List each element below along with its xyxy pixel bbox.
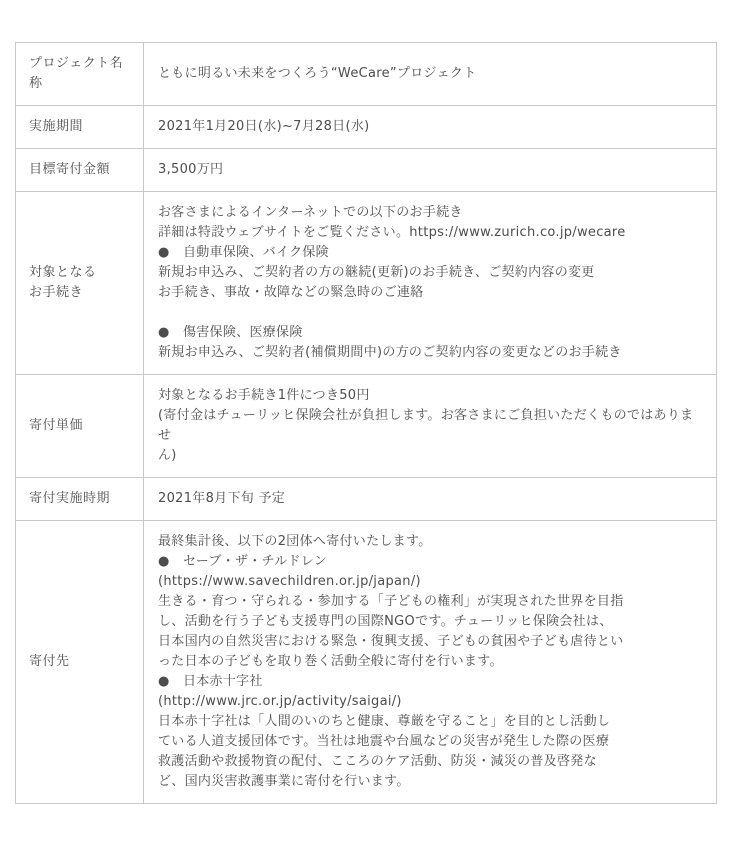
row-label: プロジェクト名称 xyxy=(16,43,144,106)
row-label: 寄付先 xyxy=(16,521,144,804)
row-content: ともに明るい未来をつくろう“WeCare”プロジェクト xyxy=(144,43,717,106)
content-line: 詳細は特設ウェブサイトをご覧ください。https://www.zurich.co… xyxy=(158,223,702,243)
table-row: 寄付先 最終集計後、以下の2団体へ寄付いたします。● セーブ・ザ・チルドレン(h… xyxy=(16,521,717,804)
content-line: ● セーブ・ザ・チルドレン xyxy=(158,552,702,572)
row-label: 寄付単価 xyxy=(16,375,144,478)
content-line: し、活動を行う子ども支援専門の国際NGOです。チューリッヒ保険会社は、 xyxy=(158,612,702,632)
content-line: (寄付金はチューリッヒ保険会社が負担します。お客さまにご負担いただくものではあり… xyxy=(158,406,702,446)
row-content: 最終集計後、以下の2団体へ寄付いたします。● セーブ・ザ・チルドレン(https… xyxy=(144,521,717,804)
content-line: 3,500万円 xyxy=(158,160,702,180)
content-line: 対象となるお手続き1件につき50円 xyxy=(158,386,702,406)
content-line: 日本国内の自然災害における緊急・復興支援、子どもの貧困や子ども虐待とい xyxy=(158,632,702,652)
content-line: 2021年8月下旬 予定 xyxy=(158,489,702,509)
row-label: 目標寄付金額 xyxy=(16,149,144,192)
content-line: 2021年1月20日(水)~7月28日(水) xyxy=(158,117,702,137)
content-line: ● 傷害保険、医療保険 xyxy=(158,323,702,343)
table-body: プロジェクト名称 ともに明るい未来をつくろう“WeCare”プロジェクト 実施期… xyxy=(16,43,717,804)
content-line: ともに明るい未来をつくろう“WeCare”プロジェクト xyxy=(158,64,702,84)
row-content: 3,500万円 xyxy=(144,149,717,192)
content-line: お手続き、事故・故障などの緊急時のご連絡 xyxy=(158,283,702,303)
content-line: った日本の子どもを取り巻く活動全般に寄付を行います。 xyxy=(158,652,702,672)
table-row: 目標寄付金額 3,500万円 xyxy=(16,149,717,192)
row-label: 対象となる お手続き xyxy=(16,192,144,375)
row-content: 2021年1月20日(水)~7月28日(水) xyxy=(144,106,717,149)
row-label: 寄付実施時期 xyxy=(16,478,144,521)
project-info-table: プロジェクト名称 ともに明るい未来をつくろう“WeCare”プロジェクト 実施期… xyxy=(15,42,717,804)
table-row: 寄付単価 対象となるお手続き1件につき50円(寄付金はチューリッヒ保険会社が負担… xyxy=(16,375,717,478)
table-row: 対象となる お手続き お客さまによるインターネットでの以下のお手続き詳細は特設ウ… xyxy=(16,192,717,375)
content-line: 新規お申込み、ご契約者(補償期間中)の方のご契約内容の変更などのお手続き xyxy=(158,343,702,363)
content-line: ている人道支援団体です。当社は地震や台風などの災害が発生した際の医療 xyxy=(158,732,702,752)
content-line: 最終集計後、以下の2団体へ寄付いたします。 xyxy=(158,532,702,552)
content-line: (http://www.jrc.or.jp/activity/saigai/) xyxy=(158,692,702,712)
content-line: 新規お申込み、ご契約者の方の継続(更新)のお手続き、ご契約内容の変更 xyxy=(158,263,702,283)
content-line: ん) xyxy=(158,446,702,466)
content-line: お客さまによるインターネットでの以下のお手続き xyxy=(158,203,702,223)
content-line: 救護活動や救援物資の配付、こころのケア活動、防災・減災の普及啓発な xyxy=(158,752,702,772)
content-line: ● 自動車保険、バイク保険 xyxy=(158,243,702,263)
row-content: 対象となるお手続き1件につき50円(寄付金はチューリッヒ保険会社が負担します。お… xyxy=(144,375,717,478)
content-line: 日本赤十字社は「人間のいのちと健康、尊厳を守ること」を目的とし活動し xyxy=(158,712,702,732)
page: プロジェクト名称 ともに明るい未来をつくろう“WeCare”プロジェクト 実施期… xyxy=(0,0,740,844)
content-line xyxy=(158,303,702,323)
row-content: 2021年8月下旬 予定 xyxy=(144,478,717,521)
row-content: お客さまによるインターネットでの以下のお手続き詳細は特設ウェブサイトをご覧くださ… xyxy=(144,192,717,375)
row-label: 実施期間 xyxy=(16,106,144,149)
table-row: 寄付実施時期 2021年8月下旬 予定 xyxy=(16,478,717,521)
content-line: 生きる・育つ・守られる・参加する「子どもの権利」が実現された世界を目指 xyxy=(158,592,702,612)
content-line: (https://www.savechildren.or.jp/japan/) xyxy=(158,572,702,592)
table-row: 実施期間 2021年1月20日(水)~7月28日(水) xyxy=(16,106,717,149)
content-line: ● 日本赤十字社 xyxy=(158,672,702,692)
content-line: ど、国内災害救護事業に寄付を行います。 xyxy=(158,772,702,792)
table-row: プロジェクト名称 ともに明るい未来をつくろう“WeCare”プロジェクト xyxy=(16,43,717,106)
